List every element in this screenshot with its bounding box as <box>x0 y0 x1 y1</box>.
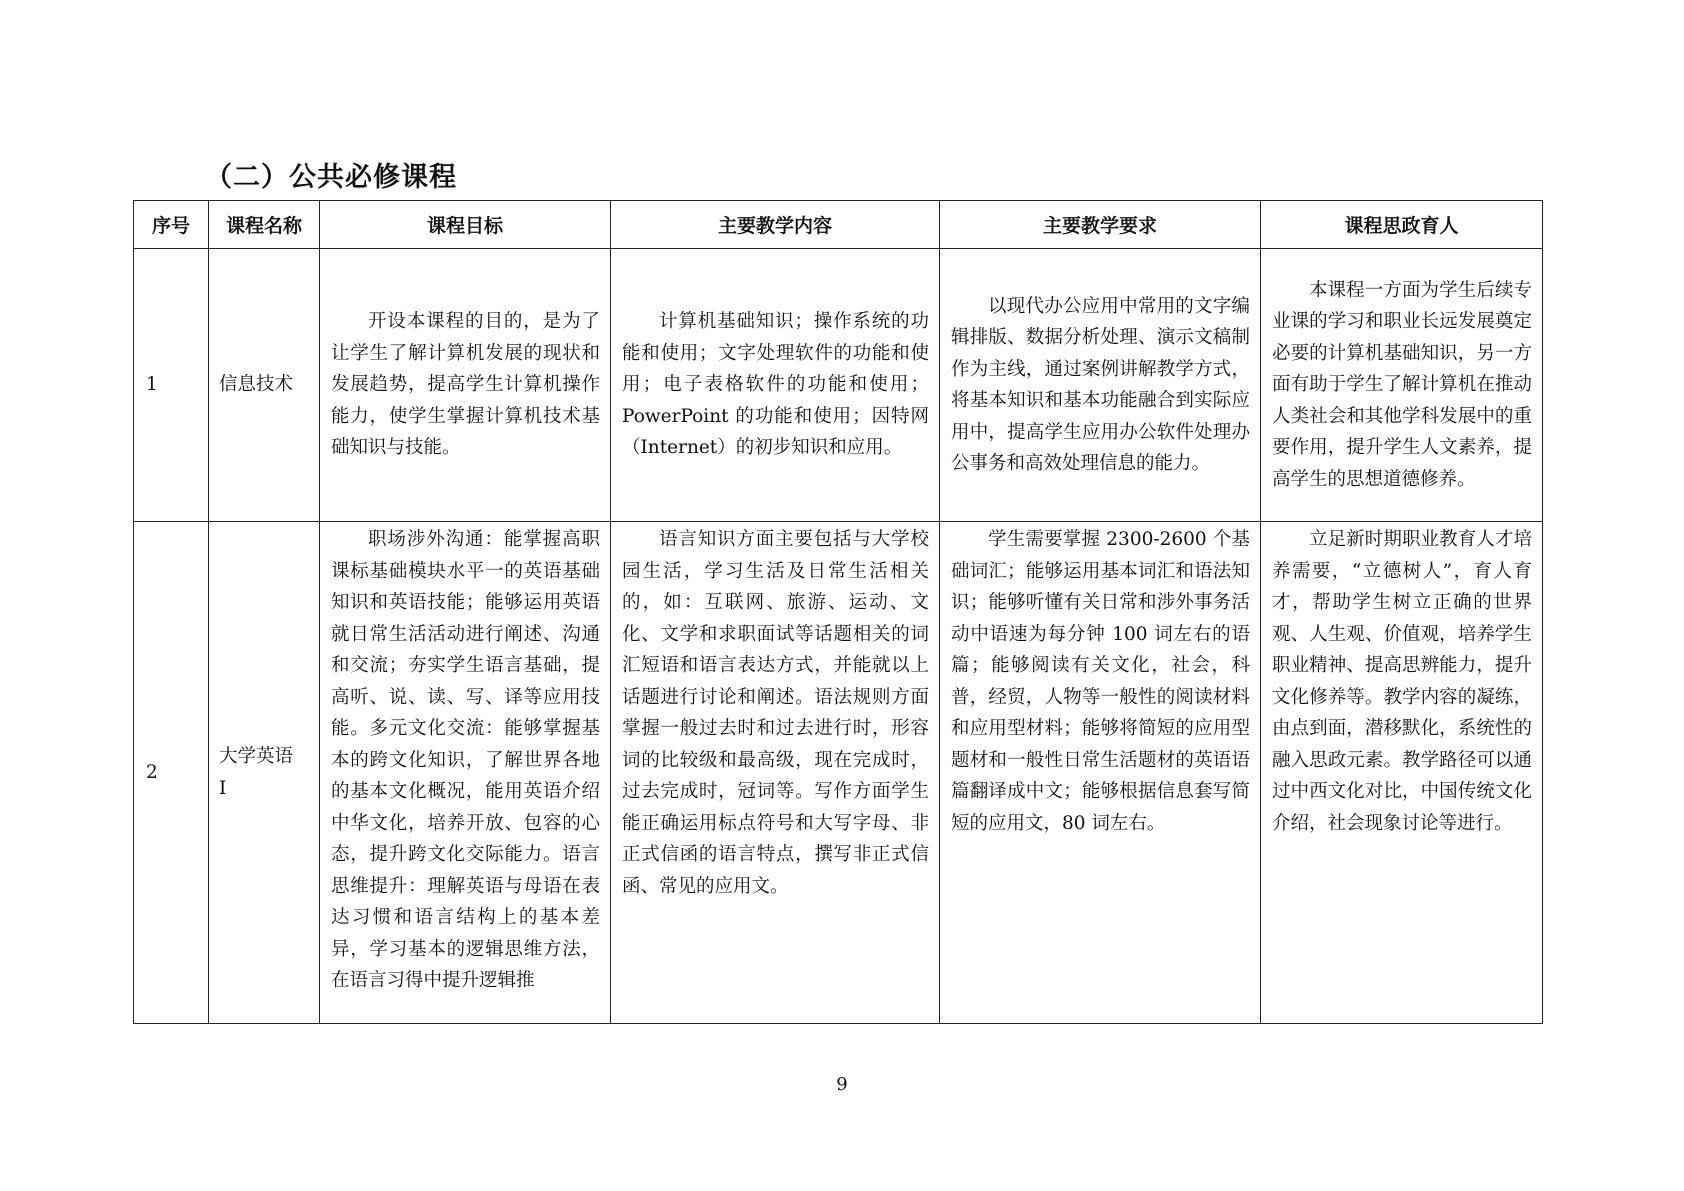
table-row: 2 大学英语 Ⅰ 职场涉外沟通：能掌握高职课标基础模块水平一的英语基础知识和英语… <box>134 522 1543 1024</box>
header-objective: 课程目标 <box>320 201 611 249</box>
cell-requirements: 以现代办公应用中常用的文字编辑排版、数据分析处理、演示文稿制作为主线，通过案例讲… <box>940 249 1261 522</box>
cell-requirements: 学生需要掌握 2300-2600 个基础词汇；能够运用基本词汇和语法知识；能够听… <box>940 522 1261 1024</box>
cell-content: 语言知识方面主要包括与大学校园生活，学习生活及日常生活相关的，如：互联网、旅游、… <box>611 522 940 1024</box>
cell-content: 计算机基础知识；操作系统的功能和使用；文字处理软件的功能和使用；电子表格软件的功… <box>611 249 940 522</box>
section-title: （二）公共必修课程 <box>205 155 457 194</box>
cell-index: 1 <box>134 249 209 522</box>
course-name-line: Ⅰ <box>219 773 311 805</box>
course-name-line: 信息技术 <box>219 369 311 401</box>
header-course-name: 课程名称 <box>209 201 320 249</box>
cell-ideology: 立足新时期职业教育人才培养需要，“立德树人”，育人育才，帮助学生树立正确的世界观… <box>1261 522 1543 1024</box>
table-header-row: 序号 课程名称 课程目标 主要教学内容 主要教学要求 课程思政育人 <box>134 201 1543 249</box>
header-requirements: 主要教学要求 <box>940 201 1261 249</box>
page-number: 9 <box>0 1074 1684 1095</box>
header-index: 序号 <box>134 201 209 249</box>
cell-objective: 开设本课程的目的，是为了让学生了解计算机发展的现状和发展趋势，提高学生计算机操作… <box>320 249 611 522</box>
table-row: 1 信息技术 开设本课程的目的，是为了让学生了解计算机发展的现状和发展趋势，提高… <box>134 249 1543 522</box>
course-name-line: 大学英语 <box>219 741 311 773</box>
header-ideology: 课程思政育人 <box>1261 201 1543 249</box>
course-table: 序号 课程名称 课程目标 主要教学内容 主要教学要求 课程思政育人 1 信息技术… <box>133 200 1543 1024</box>
cell-course-name: 信息技术 <box>209 249 320 522</box>
header-content: 主要教学内容 <box>611 201 940 249</box>
cell-ideology: 本课程一方面为学生后续专业课的学习和职业长远发展奠定必要的计算机基础知识，另一方… <box>1261 249 1543 522</box>
cell-index: 2 <box>134 522 209 1024</box>
cell-course-name: 大学英语 Ⅰ <box>209 522 320 1024</box>
cell-objective: 职场涉外沟通：能掌握高职课标基础模块水平一的英语基础知识和英语技能；能够运用英语… <box>320 522 611 1024</box>
